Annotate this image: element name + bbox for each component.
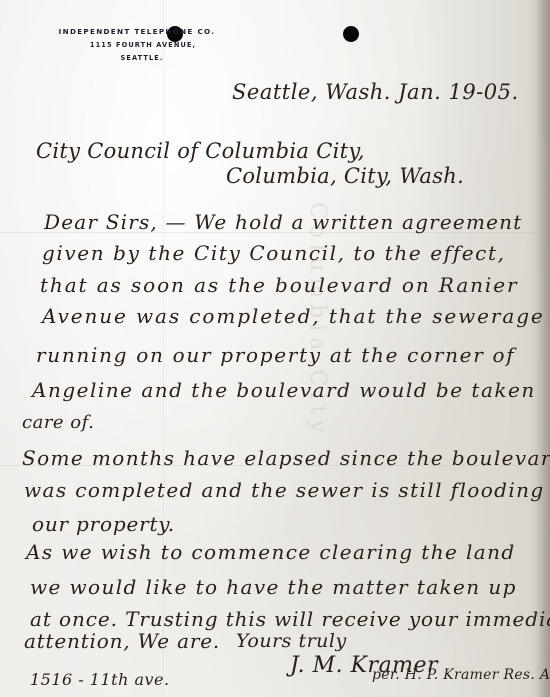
signature-per: per. H. P. Kramer Res. Adgt. xyxy=(372,668,550,682)
recipient-line-2: Columbia, City, Wash. xyxy=(226,166,464,187)
body-line: Angeline and the boulevard would be take… xyxy=(32,380,536,400)
closing: Yours truly xyxy=(236,632,347,651)
letterhead-address: 1115 FOURTH AVENUE, xyxy=(54,41,232,49)
body-line: that as soon as the boulevard on Ranier xyxy=(40,275,518,295)
body-line: As we wish to commence clearing the land xyxy=(26,542,516,562)
letterhead: INDEPENDENT TELEPHONE CO. 1115 FOURTH AV… xyxy=(42,27,232,62)
body-line: attention, We are. xyxy=(24,631,220,651)
letterhead-company: INDEPENDENT TELEPHONE CO. xyxy=(42,27,232,36)
body-line: Dear Sirs, — We hold a written agreement xyxy=(44,212,523,232)
letter-page: Columbia City INDEPENDENT TELEPHONE CO. … xyxy=(0,0,550,697)
punch-hole-icon xyxy=(343,26,359,42)
body-line: at once. Trusting this will receive your… xyxy=(30,609,550,629)
body-line: care of. xyxy=(22,414,94,432)
body-line: our property. xyxy=(32,514,175,534)
return-address: 1516 - 11th ave. xyxy=(30,672,170,688)
body-line: Avenue was completed, that the sewerage xyxy=(42,306,545,326)
dateline: Seattle, Wash. Jan. 19-05. xyxy=(232,82,519,103)
body-line: Some months have elapsed since the boule… xyxy=(22,448,550,468)
body-line: running on our property at the corner of xyxy=(36,345,515,365)
paper-edge-shadow xyxy=(536,0,550,697)
recipient-line-1: City Council of Columbia City, xyxy=(36,141,365,162)
body-line: we would like to have the matter taken u… xyxy=(30,577,517,597)
body-line: given by the City Council, to the effect… xyxy=(42,243,506,263)
letterhead-city: SEATTLE. xyxy=(52,54,232,62)
body-line: was completed and the sewer is still flo… xyxy=(24,480,545,500)
